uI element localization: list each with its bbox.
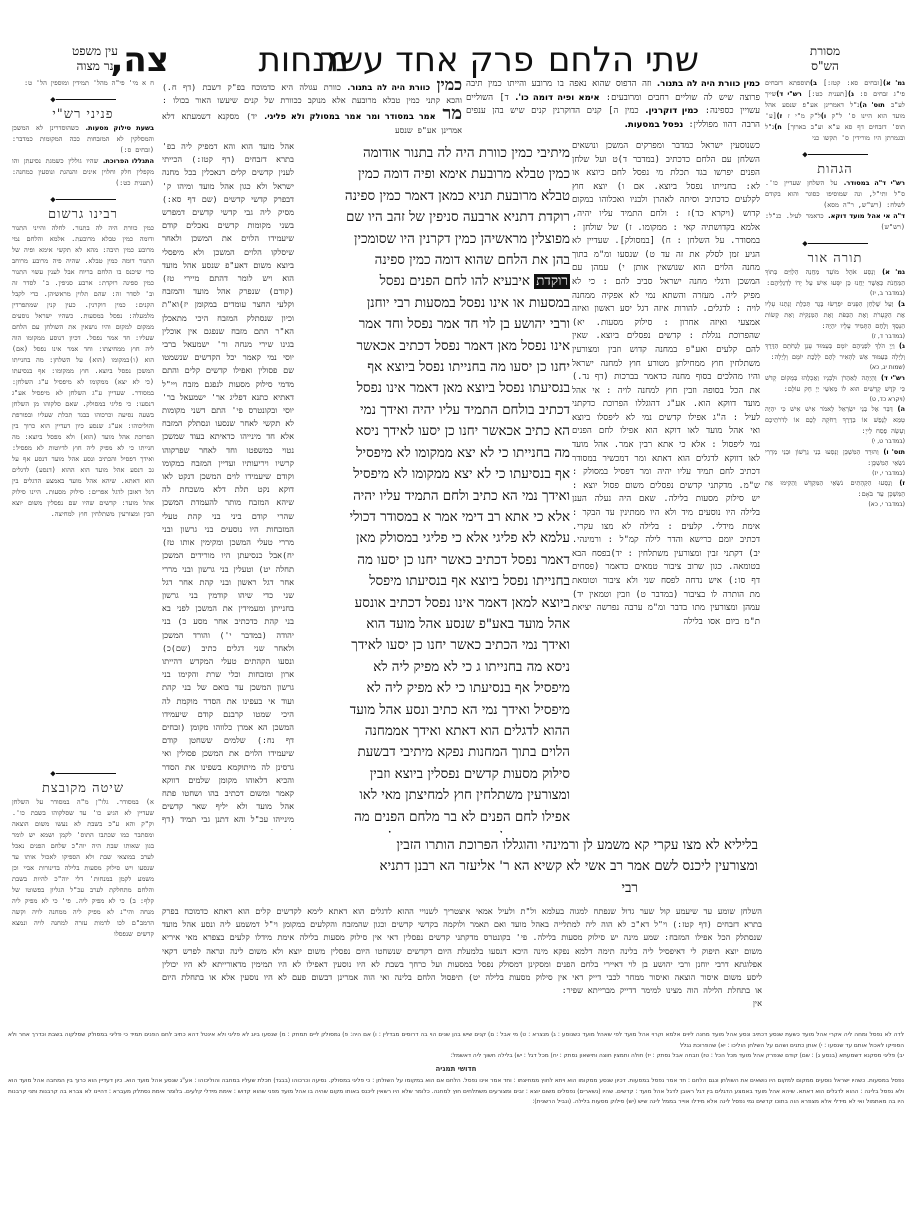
divider-ornament: ◆: [765, 239, 905, 249]
hagahot-title: הגהות: [765, 164, 905, 175]
chiddushei-text: נפסל במסעות. כשהיו ישראל נוסעים ממקום למ…: [8, 1076, 904, 1108]
rabbeinu-gershom-title: רבינו גרשום: [12, 209, 154, 220]
divider-ornament: ◆: [765, 150, 905, 160]
gemara-line: בליליא לא מצו עקרי קא משמע לן ורמינהי וה…: [298, 835, 758, 856]
gemara-line: במסעות או אינו נפסל במסעות רבי יוחנן: [298, 293, 570, 314]
gemara-line: מיפסיל ואידך נמי הא כתיב ונסע אהל מועד: [298, 700, 570, 721]
right-margin-column: גמ' א)[זבחים סא: קטז:] ב)תוספתא דזבחים פ…: [765, 78, 905, 918]
talmud-page: שתי הלחם פרק אחד עשר מנחות צה, עין משפט …: [0, 0, 914, 1213]
ein-mishpat-text: ח א מי' פי"ה מהל' תמידין ומוספין הל' ט:: [12, 78, 154, 89]
gemara-line: הלוים בתוך המחנות נפקא מיתיבי דבשעת: [298, 742, 570, 763]
tosafot-bottom: השלחן שומע עד שיעמע קול שער גדול שנפתח ל…: [162, 905, 762, 1030]
gemara-line: ואידך נמי הכתיב כאשר יחנו כן יסעו לאידך: [298, 635, 570, 656]
gemara-line: נפשך אי אהל מועד דוקא הוא אפילו קדשים: [298, 828, 570, 833]
gemara-line: אינו נפסל מאן דאמר נפסל דכתיב אכאשר: [298, 336, 570, 357]
chapter-name: שתי הלחם: [548, 40, 699, 80]
gemara-text: מיתיבי כמין כוורת היה לה בתנור אודומה כמ…: [298, 143, 570, 833]
divider-ornament: ◆: [12, 195, 154, 205]
gemara-line: כמין טבלא מרובעת אימא ופיה דומה כמין: [298, 164, 570, 185]
footnote-line: לדה לא נפסל ומחה ליה אקרי אהל מועד כשעת …: [8, 1030, 904, 1051]
divider-ornament: ◆: [12, 95, 154, 105]
tosafot-catchword: אין: [162, 997, 762, 1010]
left-margin-column: ח א מי' פי"ה מהל' תמידין ומוספין הל' ט: …: [12, 78, 154, 1018]
gemara-line: מיפסיל אף בנסיעתו כי לא מפיק ליה לא: [298, 678, 570, 699]
gemara-line: הא כתיב אכאשר יחנו כן יסעו לאידך ניסא: [298, 421, 570, 442]
gemara-line: בנסיעתו נפסל ביוצא מאן דאמר אינו נפסל: [298, 378, 570, 399]
rashi-top: כמין כוורת היה לה בתנור. וזה הדפוס שהוא …: [466, 78, 760, 138]
gemara-line-highlighted: רוקדת איבעיא להו לחם הפנים נפסל: [298, 271, 570, 292]
ein-mishpat-header: עין משפט נר מצוה: [50, 44, 140, 74]
gemara-line: עלמא לא פליגי אלא כי פליגי במסולק מאן: [298, 528, 570, 549]
hashas-label: הש"ס: [775, 59, 875, 74]
gemara-line: טבלא מרובעת תניא כמאן דאמר כמין ספינה: [298, 186, 570, 207]
gemara-line: דכתיב בולחם התמיד עליו יהיה ואידך נמי: [298, 400, 570, 421]
verse-reference: (במדבר י, כא): [765, 500, 905, 510]
catchword: רבי: [298, 878, 758, 899]
gemara-line: ואידך נמי הא כתיב ולחם התמיד עליו יהיה: [298, 486, 570, 507]
gemara-line: ומצורעין משתלחין חוץ למחיצתן מאי לאו: [298, 785, 570, 806]
gemara-line: ומצורעין ליכנס לשם אמר רב אשי לא קשיא הא…: [298, 856, 758, 877]
verse-reference: (במדבר ד, ז): [765, 332, 905, 342]
chapter-number: פרק אחד עשר: [320, 40, 534, 80]
hagahot-entry: רש"י ד"ה במסודר. על השלחן שעדיין כו'. ס"…: [765, 178, 905, 211]
gemara-line: רוקדת דתניא ארבעה סניפין של זהב היו שם: [298, 207, 570, 228]
gemara-line: בחנייתו נפסל ביוצא אף בנסיעתו מיפסל: [298, 571, 570, 592]
verse-reference: (במדבר ט, י): [765, 437, 905, 447]
pnei-rashi-title: פניני רש"י: [12, 109, 154, 120]
gemara-line: מפוצלין מראשיהן כמין דקרנין היו שסומכין: [298, 229, 570, 250]
rashi-column: כשנוסעין ישראל כמדבר ומפרקים המשכן ונושא…: [572, 140, 760, 830]
verse-reference: (במדבר ב, יז): [765, 289, 905, 299]
torah-or-entry: תוס' ו) וְהוּרַד הַמִּשְׁכָּן וְנָסְעוּ …: [765, 447, 905, 469]
gemara-line: אף בנסיעתו כי לא יצא ממקומו לא מיפסיל: [298, 464, 570, 485]
tosafot-column: אהל מועד הוא והא דמפיק ליה בפ' בתרא דזבח…: [162, 140, 294, 830]
torah-or-title: תורה אור: [765, 253, 905, 264]
divider-ornament: ◆: [12, 769, 154, 779]
torah-or-entry: ז) וְנָסְעוּ הַקְּהָתִים נֹשְׂאֵי הַמִּק…: [765, 478, 905, 500]
gemara-line: אלא כי אתא רב דימי אמר א במסודר דכולי: [298, 507, 570, 528]
mesoret-header: מסורת הש"ס: [775, 44, 875, 74]
chiddushei-title: חדושי תמגיה: [8, 1064, 904, 1075]
highlighted-word[interactable]: רוקדת: [534, 274, 570, 289]
gemara-line: דאמר נפסל דכתיב כאשר יחנו כן יסעו מה: [298, 550, 570, 571]
gemara-line: מיתיבי כמין כוורת היה לה בתנור אודומה: [298, 143, 570, 164]
masoret-entries: גמ' א)[זבחים סא: קטז:] ב)תוספתא דזבחים פ…: [765, 78, 905, 144]
hagahot-entry: ד"ה אי אהל מועד דוקא. כדאמר לעיל. כנ"ל: …: [765, 211, 905, 233]
verse-reference: (ויקרא כד, ט): [765, 395, 905, 405]
gemara-line: אהל מועד באע"פ שנסע אהל מועד הוא: [298, 614, 570, 635]
torah-or-entry: ה) דַּבֵּר אֶל בְּנֵי יִשְׂרָאֵל לֵאמֹר …: [765, 404, 905, 437]
torah-or-entry: ב) וְעַל שֻׁלְחַן הַפָּנִים יִפְרְשׂוּ ב…: [765, 299, 905, 332]
ner-mitzvah-label: נר מצוה: [50, 59, 140, 74]
footnote-line: יב) פליגי מסקנא דשמעתא (בנסע ג) : שם) קו…: [8, 1051, 904, 1062]
rabbeinu-gershom-text: כמין כוורת היה לה בתנור. לחלה והייני התנ…: [12, 223, 154, 763]
shita-mekubetzet-text: א) במסודר. גלו"ן מ"ה במסודר על השלחן שעד…: [12, 797, 154, 940]
gemara-line: בהן את הלחם שהוא דומה כמין ספינה: [298, 250, 570, 271]
ein-mishpat-label: עין משפט: [50, 44, 140, 59]
verse-reference: (שמות יג, כא): [765, 363, 905, 373]
bottom-notes: לדה לא נפסל ומחה ליה אקרי אהל מועד כשעת …: [8, 1030, 904, 1108]
mesoret-label: מסורת: [775, 44, 875, 59]
gemara-line: ההוא לדגלים הוא דאתא ואידך אממחנה: [298, 721, 570, 742]
tosafot-top: כמין כוורת היה לה בתנור. כוורת עגולה היא…: [162, 78, 462, 138]
gemara-line: אפילו לחם הפנים לא בר מלחם הפנים מה: [298, 807, 570, 828]
gemara-line: יחנו כן יסעו מה בחנייתו נפסל ביוצא אף: [298, 357, 570, 378]
pnei-rashi-entry: התגללו הפרוכת. שהיו גוללין כשמגת נסיעתן …: [12, 156, 154, 189]
tractate-name: מנחות: [258, 40, 349, 80]
torah-or-entry: ג) וַיְיָ הֹלֵךְ לִפְנֵיהֶם יוֹמָם בְּעַ…: [765, 341, 905, 363]
pnei-rashi-entry: בשעת סילוק מסעות. כשהוסדרינן לא המשכן וה…: [12, 123, 154, 156]
torah-or-entry: גמ' א) וְנָסַע אֹהֶל מוֹעֵד מַחֲנֵה הַלְ…: [765, 267, 905, 289]
gemara-line: ניסא מה בחנייתו ג כי לא מפיק ליה לא: [298, 657, 570, 678]
gemara-line: מה בחנייתו כי לא יצא ממקומו לא מיפסיל: [298, 443, 570, 464]
verse-reference: (במדבר י, יז): [765, 469, 905, 479]
gemara-line: סילוק מסעות קדשים נפסלין ביוצא וזבין: [298, 764, 570, 785]
gemara-line: ורבי יהושע בן לוי חד אמר נפסל וחד אמר: [298, 314, 570, 335]
gemara-wide-lines: בליליא לא מצו עקרי קא משמע לן ורמינהי וה…: [298, 835, 758, 905]
torah-or-entry: רש"י ד) וְהָיְתָה לְאַהֲרֹן וּלְבָנָיו ו…: [765, 373, 905, 395]
shita-mekubetzet-title: שיטה מקובצת: [12, 783, 154, 794]
gemara-line: ביוצא למאן דאמר אינו נפסל דכתיב אונסע: [298, 593, 570, 614]
